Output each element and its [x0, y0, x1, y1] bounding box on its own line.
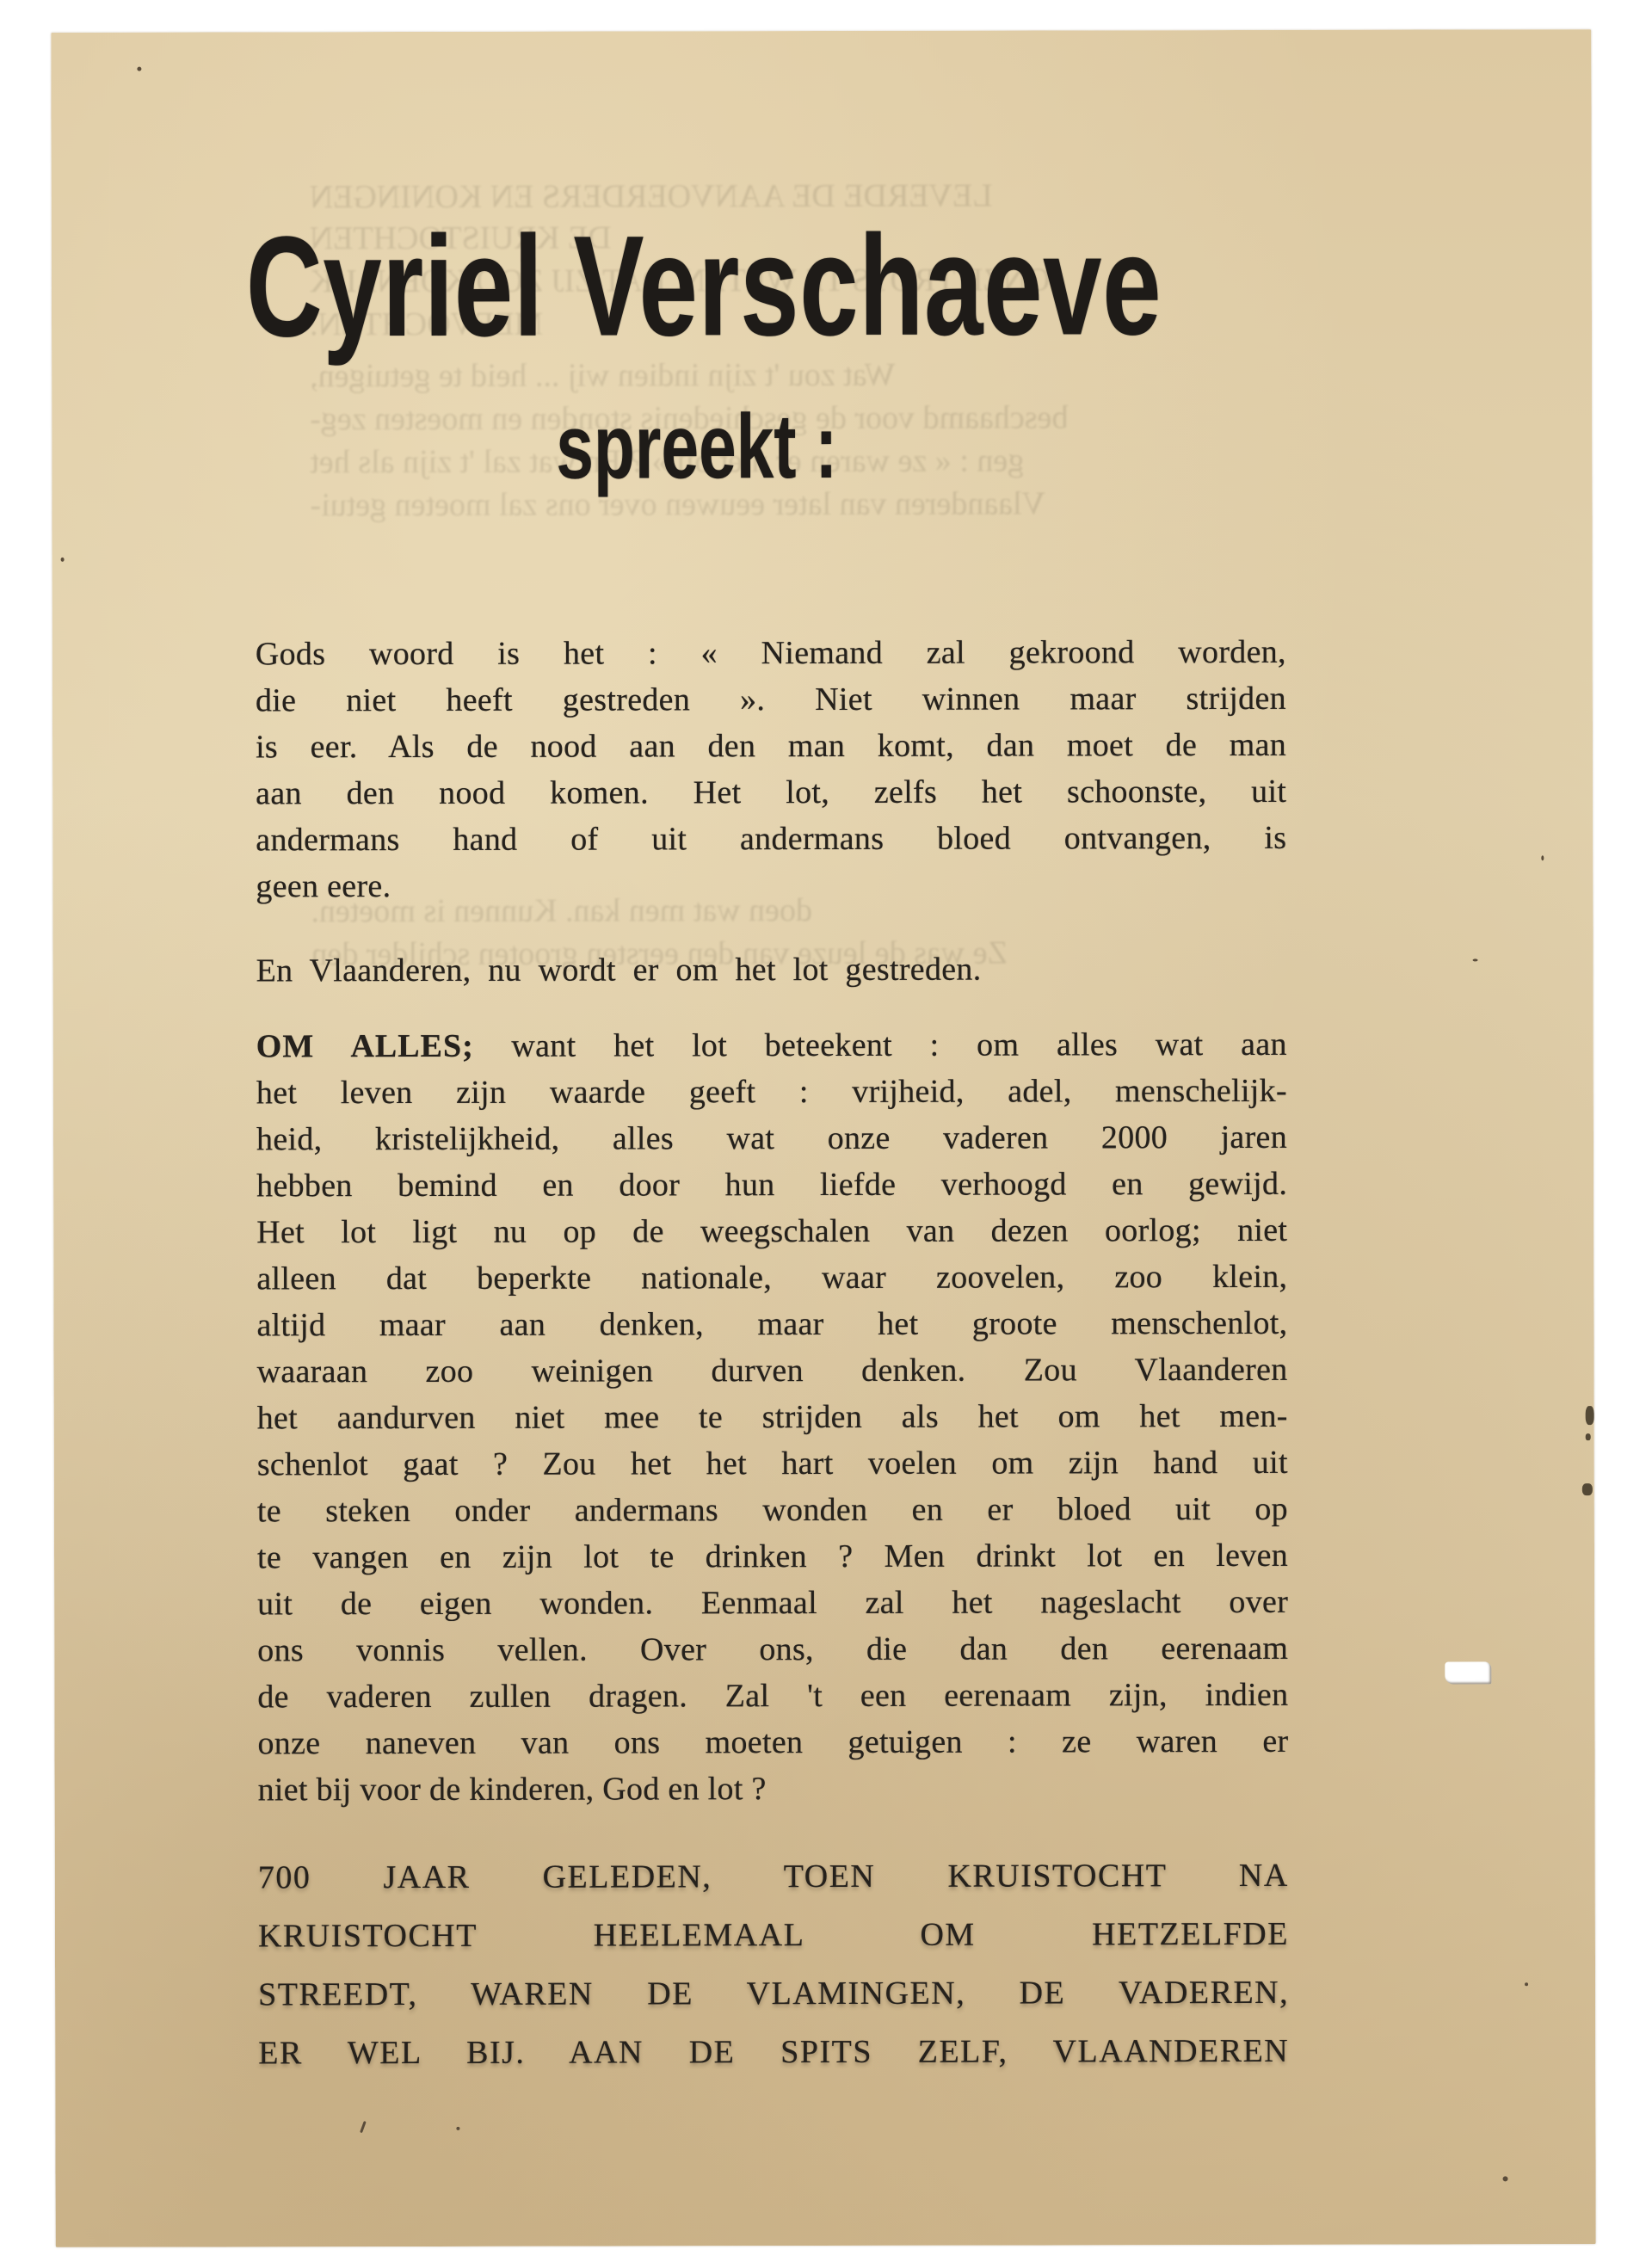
text-line: onze naneven van ons moeten getuigen : z…	[257, 1722, 1288, 1764]
edge-damage	[1586, 1406, 1594, 1425]
paper-speck	[456, 2127, 459, 2130]
text-line: alleen dat beperkte nationale, waar zoov…	[256, 1257, 1287, 1299]
text-line: de vaderen zullen dragen. Zal 't een eer…	[257, 1675, 1288, 1717]
text-line: hebben bemind en door hun liefde verhoog…	[256, 1164, 1287, 1206]
paragraph-3: OM ALLES; want het lot beteekent : om al…	[51, 29, 1591, 33]
text-line: die niet heeft gestreden ». Niet winnen …	[256, 679, 1286, 721]
text-line: waaraan zoo weinigen durven denken. Zou …	[257, 1350, 1288, 1392]
text-line: het aandurven niet mee te strijden als h…	[257, 1396, 1288, 1439]
text-line: schenlot gaat ? Zou het het hart voelen …	[257, 1443, 1288, 1485]
text-line: KRUISTOCHT HEELEMAAL OM HETZELFDE	[258, 1914, 1289, 1957]
text-line: OM ALLES; want het lot beteekent : om al…	[256, 1025, 1287, 1067]
text-line: En Vlaanderen, nu wordt er om het lot ge…	[256, 949, 1287, 991]
text-line: het leven zijn waarde geeft : vrijheid, …	[256, 1071, 1287, 1113]
lead-in-caps: OM ALLES;	[256, 1028, 474, 1065]
text-line: STREEDT, WAREN DE VLAMINGEN, DE VADEREN,	[258, 1973, 1289, 2015]
paper-speck	[61, 558, 65, 562]
text-line: heid, kristelijkheid, alles wat onze vad…	[256, 1118, 1287, 1160]
paper-speck	[1541, 855, 1544, 860]
text-line: geen eere.	[256, 865, 1286, 907]
text-line: altijd maar aan denken, maar het groote …	[256, 1303, 1287, 1346]
page-title: Cyriel Verschaeve	[246, 214, 1162, 359]
paper-speck	[137, 67, 141, 71]
text-line: te vangen en zijn lot te drinken ? Men d…	[257, 1536, 1288, 1578]
paragraph-1: Gods woord is het : « Niemand zal gekroo…	[51, 29, 1591, 33]
text-line: is eer. Als de nood aan den man komt, da…	[256, 725, 1286, 767]
page-subtitle: spreekt :	[556, 401, 837, 493]
paper-speck	[1503, 2176, 1508, 2181]
document-page: LEVERDE DE AANVOERDERS EN KONINGEN DE KR…	[51, 29, 1595, 2247]
paper-speck	[1473, 958, 1478, 961]
paper-tear-hole	[1445, 1661, 1491, 1684]
text-line: te steken onder andermans wonden en er b…	[257, 1489, 1288, 1532]
text-line: andermans hand of uit andermans bloed on…	[256, 818, 1286, 860]
paper-speck	[1525, 1982, 1528, 1986]
text-line: uit de eigen wonden. Eenmaal zal het nag…	[257, 1582, 1288, 1624]
paper-speck	[360, 2121, 367, 2133]
text-line: ons vonnis vellen. Over ons, die dan den…	[257, 1629, 1288, 1671]
edge-damage	[1586, 1433, 1591, 1440]
text-line: 700 JAAR GELEDEN, TOEN KRUISTOCHT NA	[258, 1856, 1289, 1898]
text-line: ER WEL BIJ. AAN DE SPITS ZELF, VLAANDERE…	[258, 2031, 1289, 2074]
edge-damage	[1582, 1483, 1593, 1495]
text-line: Het lot ligt nu op de weegschalen van de…	[256, 1211, 1287, 1253]
text-line: aan den nood komen. Het lot, zelfs het s…	[256, 772, 1286, 814]
paragraph-2: En Vlaanderen, nu wordt er om het lot ge…	[51, 29, 1591, 33]
text-fragment: want het lot beteekent : om alles wat aa…	[474, 1026, 1287, 1064]
text-line: Gods woord is het : « Niemand zal gekroo…	[256, 632, 1286, 675]
paragraph-4-caps: 700 JAAR GELEDEN, TOEN KRUISTOCHT NA KRU…	[51, 29, 1591, 33]
text-line: niet bij voor de kinderen, God en lot ?	[258, 1768, 1289, 1810]
